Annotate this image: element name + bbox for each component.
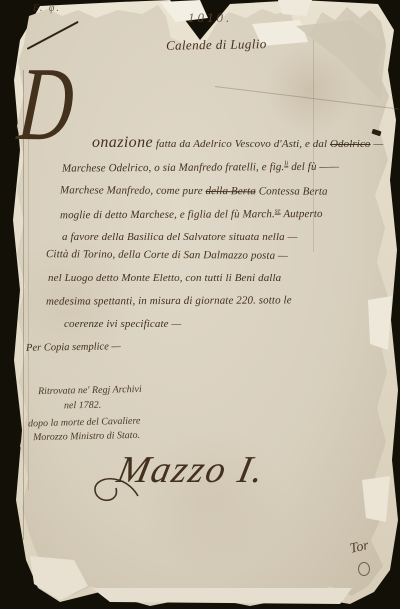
- archive-note-line: Ritrovata ne' Regj Archivi: [38, 384, 142, 397]
- manuscript-line: nel Luogo detto Monte Eletto, con tutti …: [48, 272, 281, 284]
- manuscript-photo: F. φ. 1010. Calende di Luglio D onazione…: [0, 0, 400, 609]
- archival-mark: F. φ.: [33, 3, 61, 14]
- manuscript-line: moglie di detto Marchese, e figlia del f…: [60, 207, 323, 221]
- manuscript-line: Città di Torino, della Corte di San Dalm…: [46, 248, 288, 262]
- manuscript-line: Marchese Manfredo, come pure della Berta…: [60, 184, 328, 197]
- copy-note: Per Copia semplice —: [26, 341, 121, 354]
- seal-squiggle: [358, 562, 370, 576]
- page-edge-line: [28, 110, 29, 490]
- manuscript-line: a favore della Basilica del Salvatore si…: [62, 231, 297, 243]
- top-number: 1010.: [188, 10, 232, 26]
- manuscript-line: medesima spettanti, in misura di giornat…: [46, 294, 292, 307]
- strikethrough-text: della Berta: [206, 185, 256, 197]
- initial-word-rest: onazione: [92, 134, 153, 151]
- manuscript-line: coerenze ivi specificate —: [64, 318, 181, 330]
- archive-note-line: Morozzo Ministro di Stato.: [33, 430, 140, 443]
- manuscript-line: Marchese Odelrico, o sia Manfredo fratel…: [62, 160, 339, 175]
- strikethrough-text: Odolrico: [330, 138, 371, 150]
- manuscript-line: onazione fatta da Adelrico Vescovo d'Ast…: [92, 134, 383, 152]
- bundle-label: Mazzo I.: [113, 448, 269, 492]
- initial-capital: D: [16, 62, 77, 146]
- archive-note-line: nel 1782.: [64, 400, 101, 412]
- date-heading: Calende di Luglio: [166, 36, 267, 54]
